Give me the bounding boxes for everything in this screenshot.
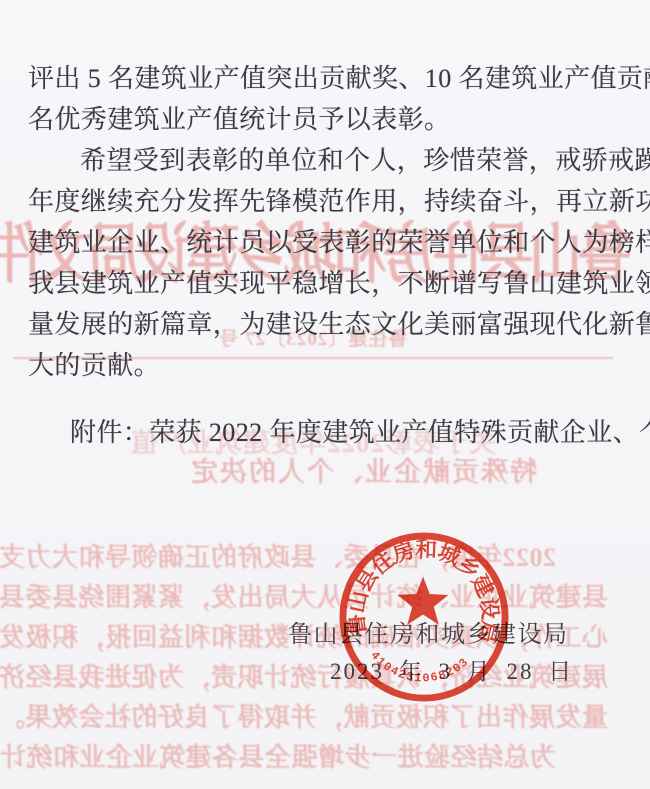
- official-seal-stamp: 鲁山县住房和城乡建设局 4104231068203: [336, 529, 514, 707]
- text-line: 评出 5 名建筑业产值突出贡献奖、10 名建筑业产值贡献奖、20: [28, 64, 650, 94]
- red-star-icon: [398, 576, 449, 624]
- text-line: 县建筑业企业、统计员从大局出发，紧紧围绕县委县政府中: [0, 583, 608, 613]
- bleed-title-line-2: 特殊贡献企业、个人的决定: [148, 450, 578, 489]
- scanned-document-page: 鲁山县住房和城乡建设局文件 鲁住建〔2023〕27 号 关于表彰2022年度建筑…: [0, 0, 650, 789]
- text-line: 量发展作出了积极贡献，并取得了良好的社会效果。: [0, 703, 608, 733]
- text-line: 建筑业企业、统计员以受表彰的荣誉单位和个人为榜样，确保: [28, 228, 650, 258]
- text-line: 名优秀建筑业产值统计员予以表彰。: [28, 105, 450, 135]
- attachment-line: 附件：荣获 2022 年度建筑业产值特殊贡献企业、个人名单: [70, 412, 650, 449]
- text-line: 2022年度，在县委、县政府的正确领导和大力支持下，本: [0, 543, 608, 573]
- text-line: 大的贡献。: [28, 351, 160, 381]
- text-line: 希望受到表彰的单位和个人，珍惜荣誉，戒骄戒躁，在 2023: [28, 146, 650, 176]
- seal-code-arc-text: 4104231068203: [367, 649, 472, 686]
- text-line: 为总结经验进一步增强全县各建筑业企业和统计员的荣誉: [0, 743, 608, 773]
- text-line: 量发展的新篇章，为建设生态文化美丽富强现代化新鲁山作出更: [28, 310, 650, 340]
- text-line: 我县建筑业产值实现平稳增长，不断谱写鲁山建筑业领域高质: [28, 269, 650, 299]
- text-line: 年度继续充分发挥先锋模范作用，持续奋斗，再立新功。希望各: [28, 187, 650, 217]
